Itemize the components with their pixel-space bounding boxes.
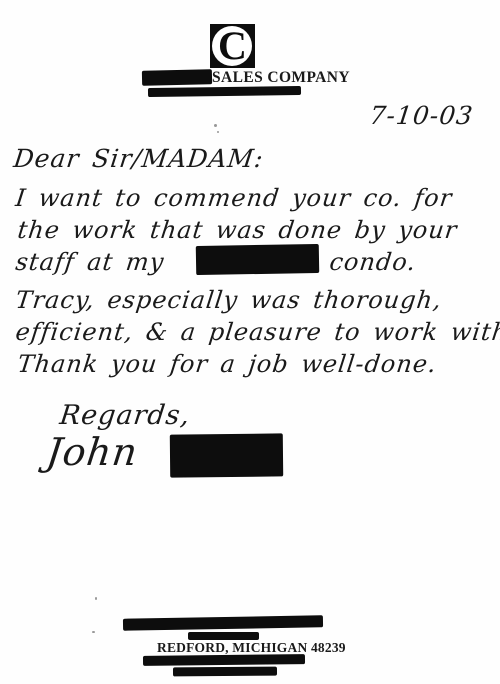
body-line-3-after-redaction: condo. [328, 248, 418, 276]
redaction-bar-condo-name [196, 244, 319, 275]
body-line-2: the work that was done by your [16, 216, 459, 244]
scan-speck [214, 124, 217, 127]
body-line-4: Tracy, especially was thorough, [14, 286, 444, 314]
redaction-bar-header-address [148, 86, 301, 97]
redaction-bar-footer-line-4 [173, 667, 277, 677]
body-line-6: Thank you for a job well-done. [16, 350, 439, 378]
body-line-1: I want to commend your co. for [14, 184, 454, 212]
scan-speck [217, 131, 219, 133]
body-line-5: efficient, & a pleasure to work with. [14, 318, 500, 346]
redaction-bar-footer-line-1 [123, 615, 323, 630]
body-line-3-before-redaction: staff at my [14, 248, 166, 276]
redaction-bar-footer-line-2 [188, 632, 259, 640]
logo-letter-c: C [210, 24, 255, 68]
redaction-bar-company-prefix [142, 69, 212, 85]
closing: Regards, [58, 400, 192, 431]
signature-first-name: John [44, 430, 140, 474]
footer-address-line: REDFORD, MICHIGAN 48239 [157, 640, 346, 656]
scan-speck [95, 597, 97, 600]
company-name: SALES COMPANY [212, 69, 350, 87]
company-logo: C [210, 24, 255, 68]
redaction-bar-footer-line-3 [143, 654, 305, 666]
redaction-bar-signature-last-name [170, 433, 283, 477]
salutation: Dear Sir/MADAM: [12, 144, 265, 173]
date-line: 7-10-03 [368, 101, 475, 130]
scanned-letter-page: C SALES COMPANY 7-10-03 Dear Sir/MADAM: … [0, 0, 500, 684]
scan-speck [92, 631, 95, 633]
